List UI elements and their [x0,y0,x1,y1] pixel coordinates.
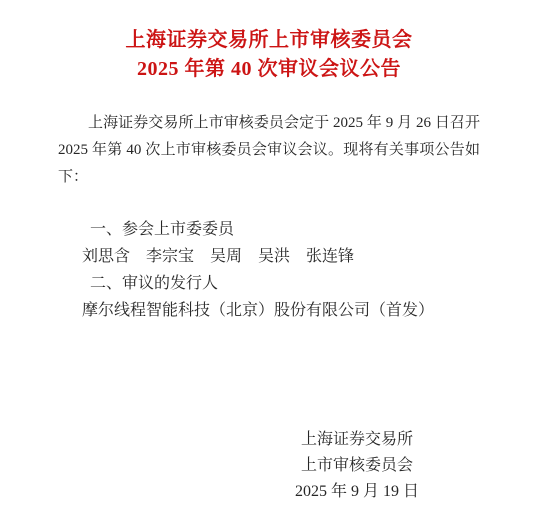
signature-org-line-2: 上市审核委员会 [295,453,419,479]
signature-date: 2025 年 9 月 19 日 [295,479,419,505]
section-2-heading: 二、审议的发行人 [90,270,480,297]
section-issuer: 二、审议的发行人 摩尔线程智能科技（北京）股份有限公司（首发） [58,270,480,324]
announcement-document: 上海证券交易所上市审核委员会 2025 年第 40 次审议会议公告 上海证券交易… [0,0,540,523]
intro-paragraph: 上海证券交易所上市审核委员会定于 2025 年 9 月 26 日召开 2025 … [58,110,480,191]
issuer-name: 摩尔线程智能科技（北京）股份有限公司（首发） [82,297,480,324]
section-participants: 一、参会上市委委员 刘思含 李宗宝 吴周 吴洪 张连锋 [58,216,480,270]
paragraph-line: 下： [58,164,480,191]
section-1-heading: 一、参会上市委委员 [90,216,480,243]
title-line-1: 上海证券交易所上市审核委员会 [58,26,480,55]
committee-members: 刘思含 李宗宝 吴周 吴洪 张连锋 [82,243,480,270]
paragraph-line: 上海证券交易所上市审核委员会定于 2025 年 9 月 26 日召开 [58,110,480,137]
title-line-2: 2025 年第 40 次审议会议公告 [58,55,480,84]
document-title: 上海证券交易所上市审核委员会 2025 年第 40 次审议会议公告 [58,26,480,84]
signature-block: 上海证券交易所 上市审核委员会 2025 年 9 月 19 日 [295,427,419,505]
signature-org-line-1: 上海证券交易所 [295,427,419,453]
paragraph-line: 2025 年第 40 次上市审核委员会审议会议。现将有关事项公告如 [58,137,480,164]
